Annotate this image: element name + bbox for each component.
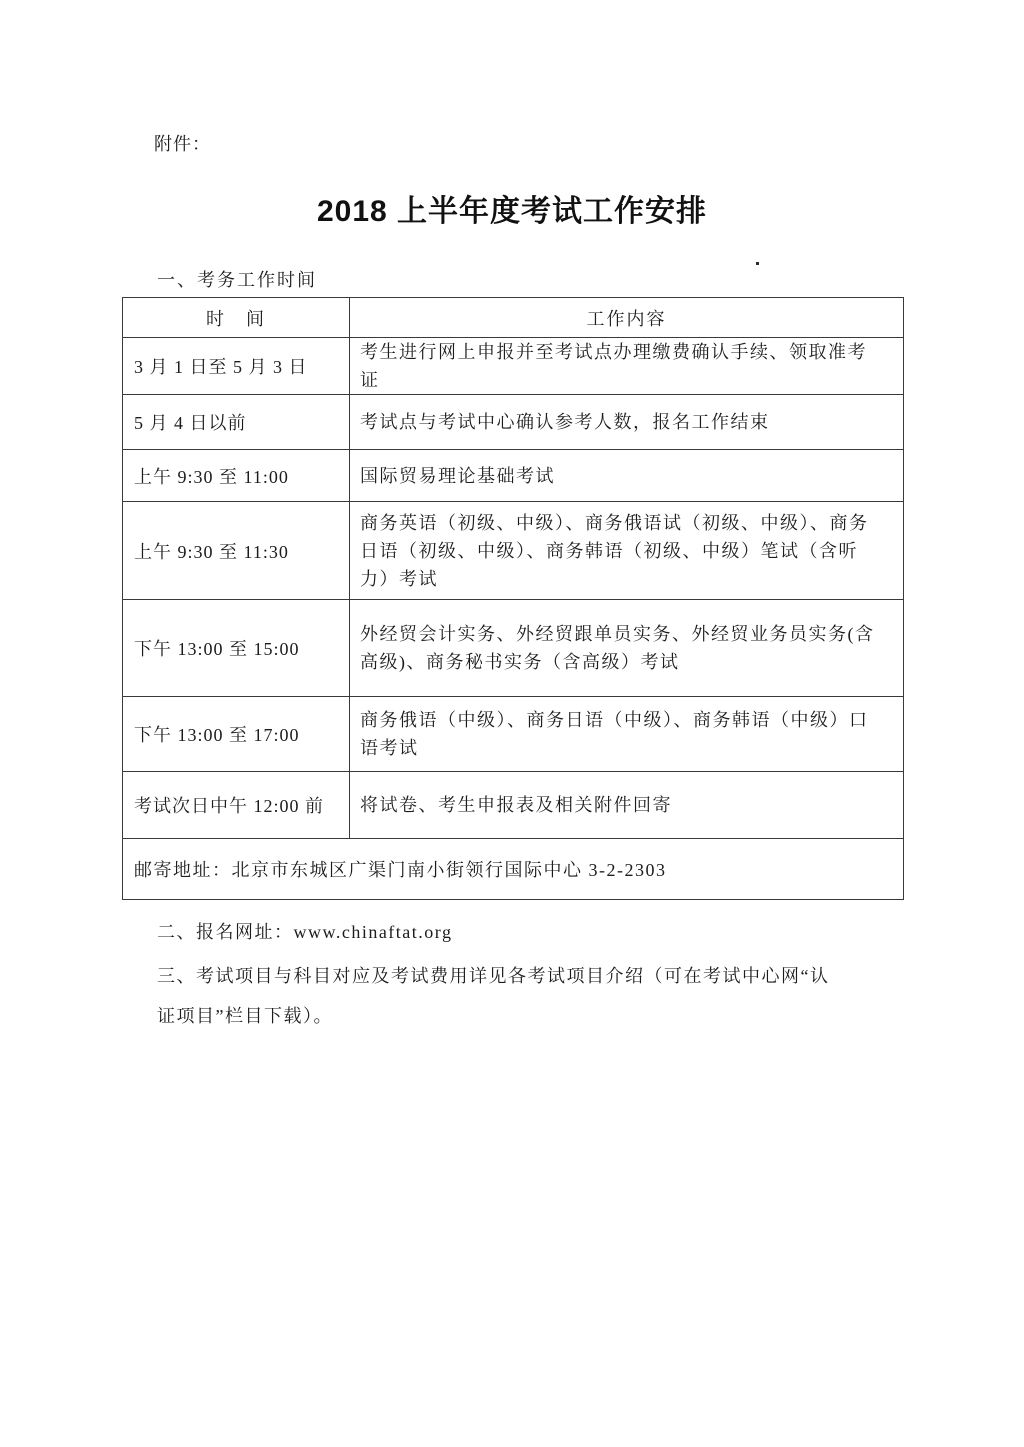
table-row: 下午 13:00 至 17:00 商务俄语（中级）、商务日语（中级）、商务韩语（… xyxy=(123,697,904,772)
time-cell: 下午 13:00 至 17:00 xyxy=(123,697,350,772)
content-cell: 商务英语（初级、中级）、商务俄语试（初级、中级）、商务 日语（初级、中级）、商务… xyxy=(350,502,904,600)
page-title: 2018 上半年度考试工作安排 xyxy=(0,186,1024,230)
table-row: 5 月 4 日以前 考试点与考试中心确认参考人数，报名工作结束 xyxy=(123,395,904,450)
exam-schedule-table: 时 间 工作内容 3 月 1 日至 5 月 3 日 考生进行网上申报并至考试点办… xyxy=(122,297,904,900)
section-1-heading: 一、考务工作时间 xyxy=(157,266,317,292)
time-cell: 下午 13:00 至 15:00 xyxy=(123,600,350,697)
table-row: 上午 9:30 至 11:00 国际贸易理论基础考试 xyxy=(123,450,904,502)
table-footer-row: 邮寄地址：北京市东城区广渠门南小街领行国际中心 3-2-2303 xyxy=(123,839,904,900)
time-cell: 5 月 4 日以前 xyxy=(123,395,350,450)
time-cell: 考试次日中午 12:00 前 xyxy=(123,772,350,839)
table-row: 上午 9:30 至 11:30 商务英语（初级、中级）、商务俄语试（初级、中级）… xyxy=(123,502,904,600)
table-header-row: 时 间 工作内容 xyxy=(123,298,904,338)
time-cell: 上午 9:30 至 11:30 xyxy=(123,502,350,600)
table-row: 3 月 1 日至 5 月 3 日 考生进行网上申报并至考试点办理缴费确认手续、领… xyxy=(123,338,904,395)
content-cell: 外经贸会计实务、外经贸跟单员实务、外经贸业务员实务(含 高级)、商务秘书实务（含… xyxy=(350,600,904,697)
time-cell: 3 月 1 日至 5 月 3 日 xyxy=(123,338,350,395)
column-header-content: 工作内容 xyxy=(350,298,904,338)
section-2-registration-url: 二、报名网址：www.chinaftat.org xyxy=(157,918,452,944)
content-cell: 将试卷、考生申报表及相关附件回寄 xyxy=(350,772,904,839)
document-page: 附件： 2018 上半年度考试工作安排 一、考务工作时间 时 间 工作内容 3 … xyxy=(0,0,1024,1447)
table-row: 考试次日中午 12:00 前 将试卷、考生申报表及相关附件回寄 xyxy=(123,772,904,839)
stray-dot-mark xyxy=(756,262,759,265)
column-header-time: 时 间 xyxy=(123,298,350,338)
content-cell: 国际贸易理论基础考试 xyxy=(350,450,904,502)
attachment-label: 附件： xyxy=(154,130,211,156)
section-3-note: 三、考试项目与科目对应及考试费用详见各考试项目介绍（可在考试中心网“认 证项目”… xyxy=(157,956,887,1036)
content-cell: 考生进行网上申报并至考试点办理缴费确认手续、领取准考 证 xyxy=(350,338,904,395)
mailing-address-cell: 邮寄地址：北京市东城区广渠门南小街领行国际中心 3-2-2303 xyxy=(123,839,904,900)
content-cell: 商务俄语（中级）、商务日语（中级）、商务韩语（中级）口 语考试 xyxy=(350,697,904,772)
table-row: 下午 13:00 至 15:00 外经贸会计实务、外经贸跟单员实务、外经贸业务员… xyxy=(123,600,904,697)
time-cell: 上午 9:30 至 11:00 xyxy=(123,450,350,502)
content-cell: 考试点与考试中心确认参考人数，报名工作结束 xyxy=(350,395,904,450)
